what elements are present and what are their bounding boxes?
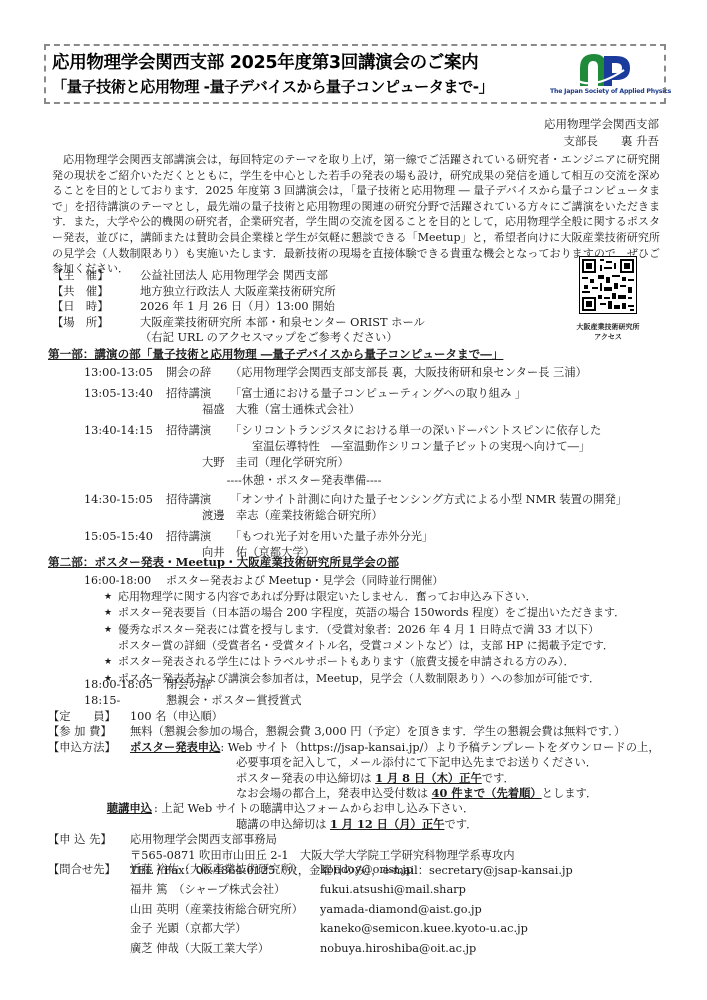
- contact-name: 金子 光顕（京都大学）: [130, 919, 320, 939]
- co-organizer-label: 【共 催】: [52, 284, 140, 300]
- audience-deadline-post: です．: [444, 818, 477, 831]
- submit-row: 【申 込 先】 応用物理学会関西支部事務局: [48, 832, 660, 847]
- bullet-item: ★ 優秀なポスター発表には賞を授与します．（受賞対象者：2026 年 4 月 1…: [104, 622, 625, 639]
- schedule-row: 18:00-18:05 閉会の辞: [84, 677, 302, 693]
- contact-row: 福井 篤 （シャープ株式会社） fukui.atsushi@mail.sharp: [48, 880, 528, 900]
- schedule-event: 閉会の辞: [166, 677, 211, 693]
- bullet-text: 応用物理学に関する内容であれば分野は限定いたしません．奮ってお申込み下さい．: [118, 589, 537, 606]
- header-box: 応用物理学会関西支部 2025年度第3回講演会のご案内 「量子技術と応用物理 -…: [44, 44, 666, 104]
- sender-block: 応用物理学会関西支部 支部長 裏 升吾: [544, 116, 659, 150]
- co-organizer-row: 【共 催】 地方独立行政法人 大阪産業技術研究所: [52, 284, 425, 300]
- poster-deadline: 1 月 8 日（木）正午: [375, 771, 482, 785]
- sender-title-name: 支部長 裏 升吾: [544, 133, 659, 150]
- poster-header-row: 16:00-18:00 ポスター発表および Meetup・見学会（同時並行開催）: [84, 573, 625, 589]
- organizer-row: 【主 催】 公益社団法人 応用物理学会 関西支部: [52, 268, 425, 284]
- fee-value: 無料（懇親会参加の場合，懇親会費 3,000 円（予定）を頂きます．学生の懇親会…: [130, 724, 625, 739]
- venue-row: 【場 所】 大阪産業技術研究所 本部・和泉センター ORIST ホール: [52, 315, 425, 331]
- schedule-time: 15:05-15:40: [84, 529, 166, 545]
- qr-code-icon[interactable]: [579, 256, 637, 314]
- talk-title: 「もつれ光子対を用いた量子赤外分光」: [230, 529, 433, 545]
- schedule-row: 13:40-14:15 招待講演 「シリコントランジスタにおける単一の深いドーパ…: [84, 423, 627, 439]
- schedule-row: 13:05-13:40 招待講演 「富士通における量子コンピューティングへの取り…: [84, 386, 627, 402]
- bullet-item: ★ ポスター発表要旨（日本語の場合 200 字程度，英語の場合 150words…: [104, 605, 625, 622]
- schedule-time: 18:15-: [84, 693, 166, 709]
- contact-name: 山田 英明（産業技術総合研究所）: [130, 900, 320, 920]
- organizer-value: 公益社団法人 応用物理学会 関西支部: [140, 268, 328, 284]
- talk-speaker: 渡邊 幸志（産業技術総合研究所）: [84, 508, 627, 524]
- date-row: 【日 時】 2026 年 1 月 26 日（月）13:00 開始: [52, 299, 425, 315]
- audience-deadline-line: 聴講の申込締切は 1 月 12 日（月）正午です．: [48, 817, 660, 832]
- schedule-row: 13:00-13:05 開会の辞 （応用物理学会関西支部支部長 裏，大阪技術研和…: [84, 365, 627, 381]
- bullet-item: ★ 応用物理学に関する内容であれば分野は限定いたしません．奮ってお申込み下さい．: [104, 589, 625, 606]
- schedule-event: 懇親会・ポスター賞授賞式: [166, 693, 302, 709]
- fee-label: 【参 加 費】: [48, 724, 130, 739]
- contacts-label: 【問合せ先】: [48, 860, 130, 880]
- talk-speaker: 福盛 大雅（富士通株式会社）: [84, 402, 627, 418]
- star-icon: ★: [104, 622, 118, 639]
- part1-schedule: 13:00-13:05 開会の辞 （応用物理学会関西支部支部長 裏，大阪技術研和…: [84, 365, 627, 561]
- submit-org: 応用物理学会関西支部事務局: [130, 832, 277, 847]
- date-label: 【日 時】: [52, 299, 140, 315]
- poster-time: 16:00-18:00: [84, 573, 166, 589]
- co-organizer-value: 地方独立行政法人 大阪産業技術研究所: [140, 284, 336, 300]
- contact-row: 廣芝 伸哉（大阪工業大学） nobuya.hiroshiba@oit.ac.jp: [48, 939, 528, 959]
- star-icon: ★: [104, 605, 118, 622]
- audience-apply-label: 聴講申込: [48, 801, 152, 816]
- bullet-text: 優秀なポスター発表には賞を授与します．（受賞対象者：2026 年 4 月 1 日…: [118, 622, 599, 639]
- registration-details: 【定 員】 100 名（申込順） 【参 加 費】 無料（懇親会参加の場合，懇親会…: [48, 709, 660, 878]
- schedule-row: 18:15- 懇親会・ポスター賞授賞式: [84, 693, 302, 709]
- talk-title: 「富士通における量子コンピューティングへの取り組み 」: [230, 386, 526, 402]
- capacity-label: 【定 員】: [48, 709, 130, 724]
- fee-row: 【参 加 費】 無料（懇親会参加の場合，懇親会費 3,000 円（予定）を頂きま…: [48, 724, 660, 739]
- schedule-type: 招待講演: [166, 423, 230, 439]
- sender-org: 応用物理学会関西支部: [544, 116, 659, 133]
- venue-note: （右記 URL のアクセスマップをご参考ください）: [52, 330, 425, 346]
- qr-caption-line2: アクセス: [568, 332, 648, 342]
- audience-apply-row: 聴講申込 : 上記 Web サイトの聴講申込フォームからお申し込み下さい．: [48, 801, 660, 816]
- poster-limit: 40 件まで（先着順）: [432, 786, 542, 800]
- star-icon: ★: [104, 654, 118, 671]
- contact-email[interactable]: fukui.atsushi@mail.sharp: [320, 880, 466, 900]
- poster-limit-line: なお会場の都合上，発表申込受付数は 40 件まで（先着順）とします．: [48, 786, 660, 801]
- contact-row: 金子 光顕（京都大学） kaneko@semicon.kuee.kyoto-u.…: [48, 919, 528, 939]
- schedule-row: 15:05-15:40 招待講演 「もつれ光子対を用いた量子赤外分光」: [84, 529, 627, 545]
- capacity-row: 【定 員】 100 名（申込順）: [48, 709, 660, 724]
- contacts-list: 【問合せ先】 近藤 裕佑（大阪産業技術研究所） kondoy@orist.jp …: [48, 860, 528, 959]
- poster-limit-pre: なお会場の都合上，発表申込受付数は: [236, 787, 432, 800]
- poster-limit-post: とします．: [542, 787, 598, 800]
- schedule-type: 招待講演: [166, 492, 230, 508]
- part1-title: 第一部：講演の部「量子技術と応用物理 ―量子デバイスから量子コンピュータまで―」: [48, 347, 503, 363]
- poster-bullets: ★ 応用物理学に関する内容であれば分野は限定いたしません．奮ってお申込み下さい．…: [104, 589, 625, 688]
- talk-title: 「シリコントランジスタにおける単一の深いドーパントスピンに依存した: [230, 423, 601, 439]
- contact-row: 山田 英明（産業技術総合研究所） yamada-diamond@aist.go.…: [48, 900, 528, 920]
- jsap-logo: The Japan Society of Applied Physics: [550, 50, 658, 100]
- talk-title-cont: 室温伝導特性 ―室温動作シリコン量子ビットの実現へ向けて―」: [84, 439, 627, 455]
- schedule-time: 14:30-15:05: [84, 492, 166, 508]
- talk-title: 「オンサイト計測に向けた量子センシング方式による小型 NMR 装置の開発」: [230, 492, 627, 508]
- bullet-text: ポスター発表される学生にはトラベルサポートもあります（旅費支援を申請される方のみ…: [118, 654, 575, 671]
- break-label: ----休憩・ポスター発表準備----: [84, 473, 524, 489]
- contact-name: 廣芝 伸哉（大阪工業大学）: [130, 939, 320, 959]
- schedule-time: 13:05-13:40: [84, 386, 166, 402]
- organizer-label: 【主 催】: [52, 268, 140, 284]
- star-icon: ★: [104, 589, 118, 606]
- contact-email[interactable]: nobuya.hiroshiba@oit.ac.jp: [320, 939, 476, 959]
- apply-row: 【申込方法】 ポスター発表申込 : Web サイト（https://jsap-k…: [48, 740, 660, 755]
- contact-email[interactable]: yamada-diamond@aist.go.jp: [320, 900, 482, 920]
- schedule-row: 14:30-15:05 招待講演 「オンサイト計測に向けた量子センシング方式によ…: [84, 492, 627, 508]
- contact-row: 【問合せ先】 近藤 裕佑（大阪産業技術研究所） kondoy@orist.jp: [48, 860, 528, 880]
- event-info: 【主 催】 公益社団法人 応用物理学会 関西支部 【共 催】 地方独立行政法人 …: [52, 268, 425, 346]
- schedule-time: 13:40-14:15: [84, 423, 166, 439]
- announcement-page: 応用物理学会関西支部 2025年度第3回講演会のご案内 「量子技術と応用物理 -…: [0, 0, 707, 1000]
- poster-deadline-pre: ポスター発表の申込締切は: [236, 772, 375, 785]
- audience-deadline: 1 月 12 日（月）正午: [330, 817, 444, 831]
- poster-deadline-line: ポスター発表の申込締切は 1 月 8 日（木）正午です．: [48, 771, 660, 786]
- jsap-logo-icon: [574, 50, 634, 88]
- contact-name: 近藤 裕佑（大阪産業技術研究所）: [130, 860, 320, 880]
- audience-apply-text: : 上記 Web サイトの聴講申込フォームからお申し込み下さい．: [152, 801, 474, 816]
- contact-email[interactable]: kaneko@semicon.kuee.kyoto-u.ac.jp: [320, 919, 528, 939]
- logo-caption: The Japan Society of Applied Physics: [550, 88, 658, 96]
- schedule-time: 18:00-18:05: [84, 677, 166, 693]
- part2-title: 第二部：ポスター発表・Meetup・大阪産業技術研究所見学会の部: [48, 555, 399, 571]
- schedule-detail: （応用物理学会関西支部支部長 裏，大阪技術研和泉センター長 三浦）: [230, 365, 587, 381]
- schedule-type: 招待講演: [166, 386, 230, 402]
- venue-value: 大阪産業技術研究所 本部・和泉センター ORIST ホール: [140, 315, 425, 331]
- contact-email[interactable]: kondoy@orist.jp: [320, 860, 413, 880]
- apply-label: 【申込方法】: [48, 740, 130, 755]
- closing-schedule: 18:00-18:05 閉会の辞 18:15- 懇親会・ポスター賞授賞式: [84, 677, 302, 709]
- venue-label: 【場 所】: [52, 315, 140, 331]
- schedule-type: 招待講演: [166, 529, 230, 545]
- submit-label: 【申 込 先】: [48, 832, 130, 847]
- qr-caption-line1: 大阪産業技術研究所: [568, 322, 648, 332]
- bullet-item: ★ ポスター発表される学生にはトラベルサポートもあります（旅費支援を申請される方…: [104, 654, 625, 671]
- poster-section: 16:00-18:00 ポスター発表および Meetup・見学会（同時並行開催）…: [84, 573, 625, 687]
- poster-apply-label: ポスター発表申込: [130, 740, 220, 755]
- date-value: 2026 年 1 月 26 日（月）13:00 開始: [140, 299, 335, 315]
- bullet-text-cont: ポスター賞の詳細（受賞者名・受賞タイトル名，受賞コメントなど）は，支部 HP に…: [104, 638, 625, 654]
- bullet-text: ポスター発表要旨（日本語の場合 200 字程度，英語の場合 150words 程…: [118, 605, 625, 622]
- schedule-type: 開会の辞: [166, 365, 230, 381]
- qr-block: 大阪産業技術研究所 アクセス: [568, 256, 648, 342]
- poster-apply-line2: 必要事項を記入して，メール添付にて下記申込先までお送りください．: [48, 755, 660, 770]
- audience-deadline-pre: 聴講の申込締切は: [236, 818, 330, 831]
- schedule-time: 13:00-13:05: [84, 365, 166, 381]
- qr-caption: 大阪産業技術研究所 アクセス: [568, 322, 648, 342]
- poster-event: ポスター発表および Meetup・見学会（同時並行開催）: [166, 573, 443, 589]
- contact-name: 福井 篤 （シャープ株式会社）: [130, 880, 320, 900]
- talk-speaker: 大野 圭司（理化学研究所）: [84, 455, 627, 471]
- capacity-value: 100 名（申込順）: [130, 709, 223, 724]
- poster-deadline-post: です．: [482, 772, 515, 785]
- poster-apply-text: : Web サイト（https://jsap-kansai.jp/）より予稿テン…: [220, 740, 659, 755]
